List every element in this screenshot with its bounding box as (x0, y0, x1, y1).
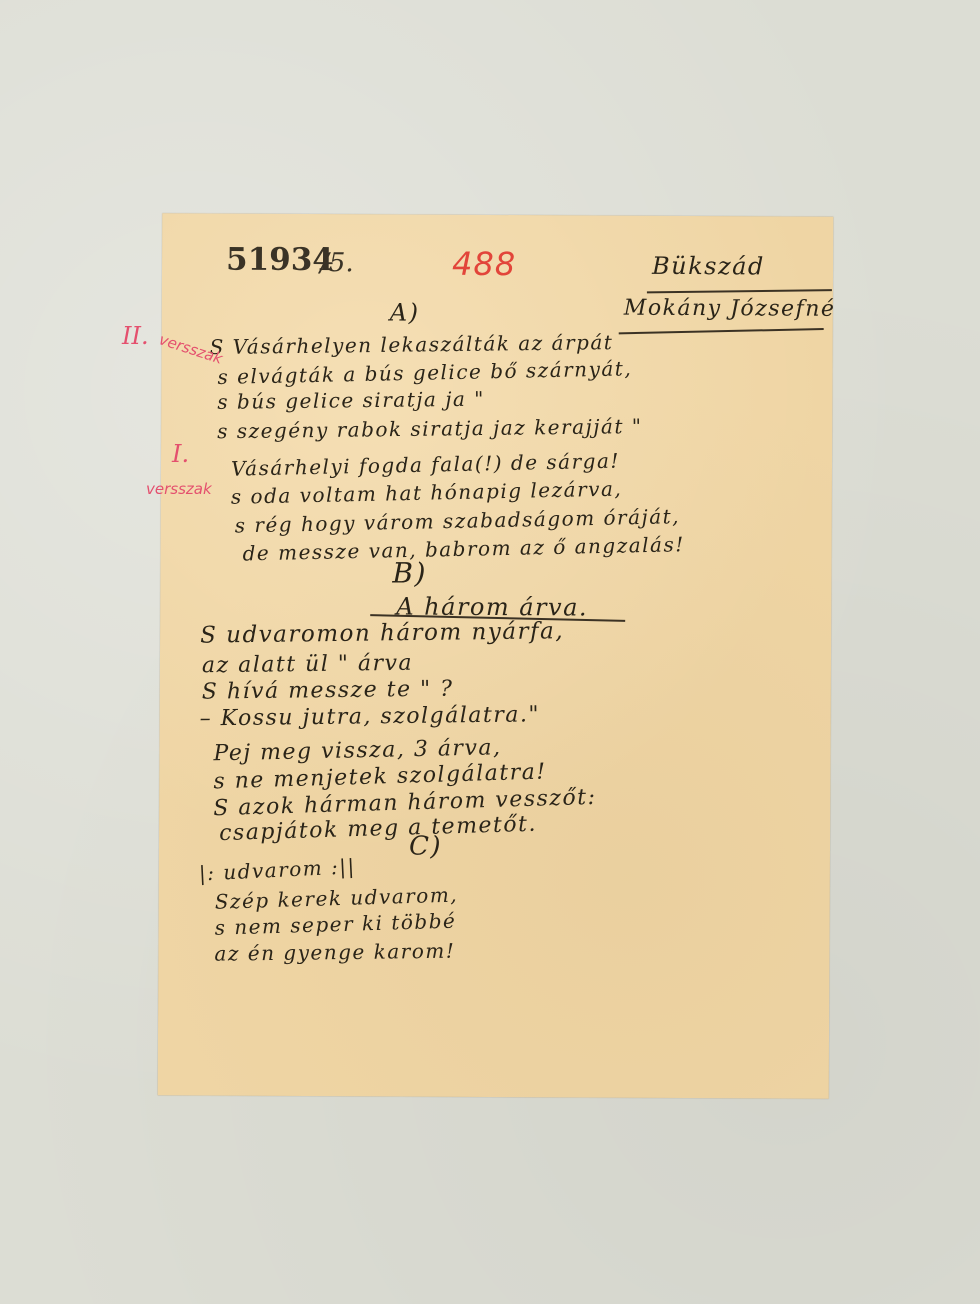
margin-note-verse-2-number: II. (122, 322, 149, 350)
verse-line: |: udvarom :|| (198, 856, 356, 883)
red-page-number: 488 (452, 245, 516, 283)
place-underline (647, 289, 832, 293)
verse-line: Szép kerek udvarom, (214, 885, 458, 912)
manuscript-page: 51934 /5. 488 Bükszád Mokány Józsefné A)… (158, 213, 834, 1099)
verse-line: de messze van, babrom az ő angzalás! (242, 534, 685, 563)
verse-line: s szegény rabok siratja jaz kerajját " (217, 416, 642, 441)
catalog-number-suffix: /5. (320, 248, 354, 278)
margin-note-verse-1-word: versszak (146, 480, 212, 498)
verse-line: az én gyenge karom! (214, 941, 455, 964)
verse-line: s nem seper ki többé (214, 911, 456, 938)
verse-line: S udvaromon három nyárfa, (200, 620, 564, 647)
section-b-label: B) (392, 556, 427, 589)
catalog-number-stamp: 51934 (226, 242, 334, 279)
section-a-label: A) (390, 298, 420, 326)
verse-line: s bús gelice siratja ja " (217, 389, 485, 412)
verse-line: S Vásárhelyen lekaszálták az árpát (210, 332, 614, 357)
informant-name: Mokány Józsefné (624, 296, 836, 322)
verse-line: s rég hogy várom szabadságom óráját, (235, 506, 681, 535)
verse-line: s elvágták a bús gelice bő szárnyát, (217, 358, 632, 387)
place-name: Bükszád (652, 252, 765, 281)
verse-line: S hívá messze te " ? (202, 679, 454, 704)
verse-line: Vásárhelyi fogda fala(!) de sárga! (231, 451, 620, 479)
verse-line: az alatt ül " árva (202, 653, 413, 678)
section-c-label: C) (409, 832, 442, 862)
verse-line: s oda voltam hat hónapig lezárva, (231, 479, 623, 507)
margin-note-verse-1-number: I. (172, 440, 189, 468)
verse-line: – Kossu jutra, szolgálatra." (200, 704, 541, 730)
informant-underline (619, 328, 824, 334)
